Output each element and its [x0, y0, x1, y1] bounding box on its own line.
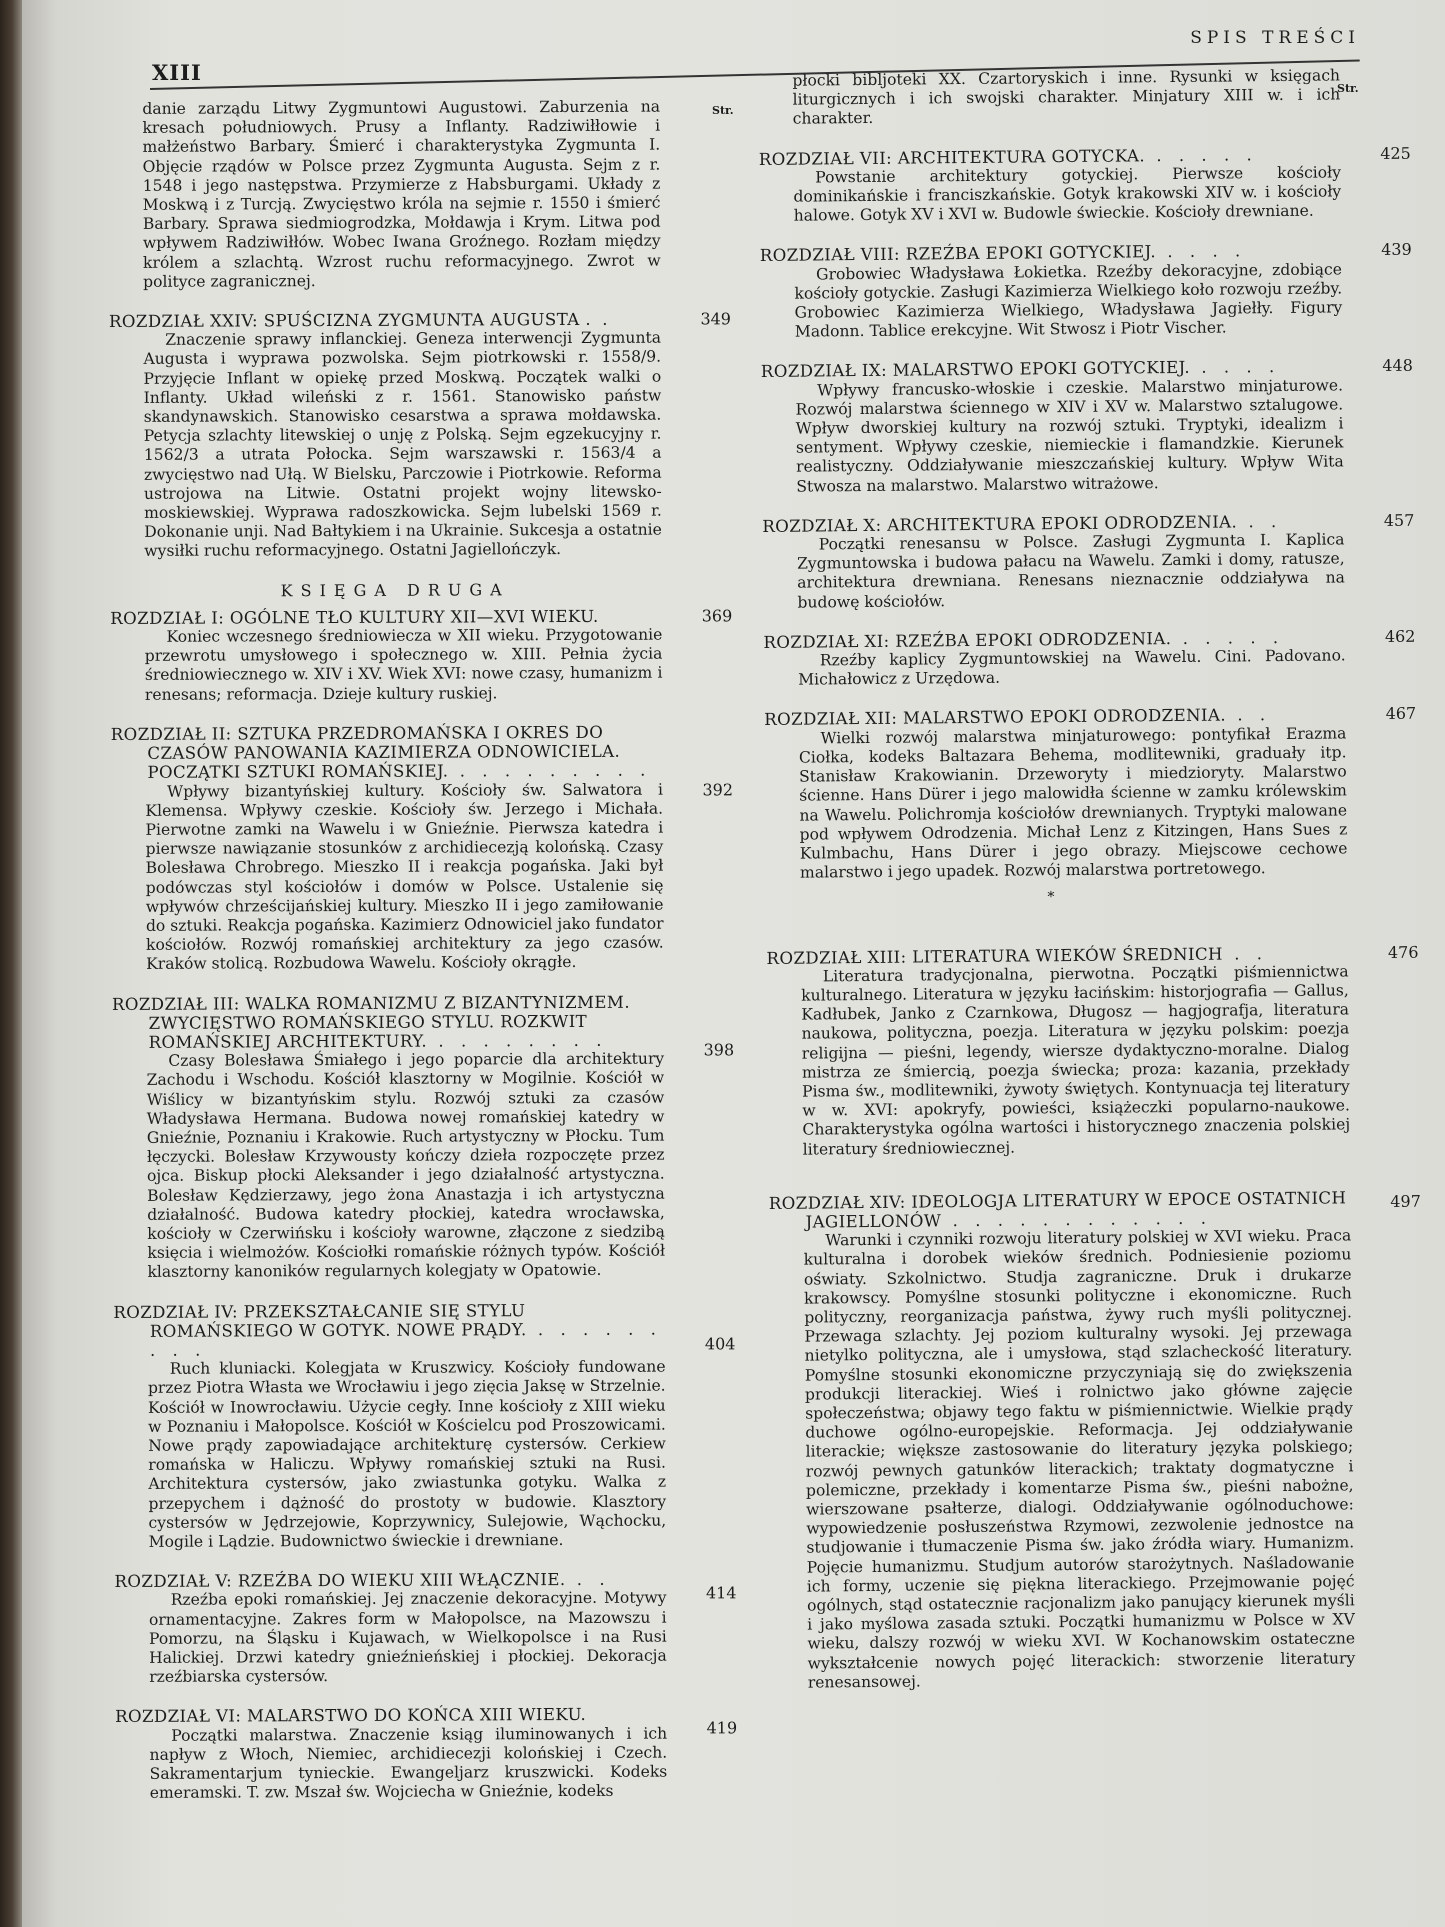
chapter-description: Początki renesansu w Polsce. Zasługi Zyg…: [762, 530, 1345, 612]
toc-entry[interactable]: ROZDZIAŁ VI: MALARSTWO DO KOŃCA XIII WIE…: [115, 1705, 745, 1804]
chapter-title: ROZDZIAŁ XXIV: SPUŚCIZNA ZYGMUNTA AUGUST…: [109, 310, 661, 332]
book-spine: [0, 0, 22, 1927]
toc-entry[interactable]: ROZDZIAŁ VII: ARCHITEKTURA GOTYCKA. . . …: [759, 143, 1420, 226]
toc-entry[interactable]: ROZDZIAŁ X: ARCHITEKTURA EPOKI ODRODZENI…: [762, 511, 1423, 613]
chapter-title: ROZDZIAŁ IV: PRZEKSZTAŁCANIE SIĘ STYLU R…: [113, 1300, 665, 1360]
chapter-page-number: 419: [707, 1719, 738, 1738]
chapter-page-number: 398: [704, 1040, 735, 1059]
chapter-page-number: 425: [1380, 143, 1411, 162]
toc-entry[interactable]: ROZDZIAŁ III: WALKA ROMANIZMU Z BIZANTYN…: [112, 992, 743, 1283]
chapter-description: Rzeźba epoki romańskiej. Jej znaczenie d…: [115, 1589, 667, 1687]
toc-entry[interactable]: ROZDZIAŁ V: RZEŹBA DO WIEKU XIII WŁĄCZNI…: [114, 1569, 744, 1687]
book-part-title: KSIĘGA DRUGA: [110, 579, 740, 601]
toc-entry[interactable]: ROZDZIAŁ IV: PRZEKSZTAŁCANIE SIĘ STYLU R…: [113, 1300, 744, 1552]
section-separator-asterisk: *: [766, 885, 1426, 911]
chapter-description: Początki malarstwa. Znaczenie ksiąg ilum…: [115, 1724, 667, 1803]
page-number-roman: XIII: [152, 60, 202, 85]
chapter-page-number: 497: [1390, 1191, 1421, 1210]
continuation-text: płocki bibljoteki XX. Czartoryskich i in…: [758, 66, 1419, 130]
chapter-page-number: 439: [1381, 240, 1412, 259]
chapter-title: ROZDZIAŁ II: SZTUKA PRZEDROMAŃSKA I OKRE…: [111, 722, 663, 782]
chapter-page-number: 448: [1382, 356, 1413, 375]
chapter-description: Wielki rozwój malarstwa minjaturowego: p…: [764, 724, 1347, 883]
chapter-description: Wpływy francusko-włoskie i czeskie. Mala…: [761, 376, 1344, 497]
gutter-shadow: [22, 0, 57, 1927]
running-title: SPIS TREŚCI: [1190, 28, 1360, 48]
chapter-description: Powstanie architektury gotyckiej. Pierws…: [759, 163, 1342, 226]
toc-entry[interactable]: ROZDZIAŁ VIII: RZEŹBA EPOKI GOTYCKIEJ. .…: [760, 240, 1421, 342]
chapter-description: Czasy Bolesława Śmiałego i jego poparcie…: [112, 1050, 665, 1283]
book-page: XIII SPIS TREŚCI Str. Str. danie zarządu…: [0, 0, 1445, 1927]
chapter-page-number: 457: [1384, 511, 1415, 530]
chapter-page-number: 414: [706, 1583, 737, 1602]
chapter-page-number: 392: [702, 780, 733, 799]
chapter-title: ROZDZIAŁ I: OGÓLNE TŁO KULTURY XII—XVI W…: [110, 606, 662, 628]
chapter-page-number: 404: [705, 1334, 736, 1353]
chapter-title: ROZDZIAŁ VI: MALARSTWO DO KOŃCA XIII WIE…: [115, 1705, 667, 1727]
toc-entry[interactable]: ROZDZIAŁ XIII: LITERATURA WIEKÓW ŚREDNIC…: [766, 942, 1428, 1160]
chapter-description: Rzeźby kaplicy Zygmuntowskiej na Wawelu.…: [764, 646, 1346, 690]
chapter-description: Grobowiec Władysława Łokietka. Rzeźby de…: [760, 260, 1343, 342]
chapter-title: ROZDZIAŁ V: RZEŹBA DO WIEKU XIII WŁĄCZNI…: [114, 1570, 666, 1592]
toc-entry[interactable]: ROZDZIAŁ II: SZTUKA PRZEDROMAŃSKA I OKRE…: [111, 722, 742, 974]
chapter-page-number: 476: [1388, 942, 1419, 961]
toc-right-column: płocki bibljoteki XX. Czartoryskich i in…: [758, 66, 1434, 1713]
toc-entry[interactable]: ROZDZIAŁ XI: RZEŹBA EPOKI ODRODZENIA. . …: [763, 627, 1424, 691]
chapter-page-number: 349: [700, 309, 731, 328]
chapter-description: Znaczenie sprawy inflanckiej. Geneza int…: [109, 329, 662, 562]
continuation-text: danie zarządu Litwy Zygmuntowi Augustowi…: [108, 97, 739, 292]
toc-left-column: danie zarządu Litwy Zygmuntowi Augustowi…: [108, 97, 746, 1823]
chapter-description: Warunki i czynniki rozwoju literatury po…: [769, 1227, 1355, 1693]
toc-entry[interactable]: ROZDZIAŁ IX: MALARSTWO EPOKI GOTYCKIEJ. …: [761, 356, 1422, 497]
chapter-title: ROZDZIAŁ XIV: IDEOLOGJA LITERATURY W EPO…: [769, 1188, 1351, 1232]
chapter-description: Ruch kluniacki. Kolegjata w Kruszwicy. K…: [113, 1358, 666, 1552]
chapter-description: Koniec wczesnego średniowiecza w XII wie…: [110, 626, 662, 705]
toc-entry[interactable]: ROZDZIAŁ I: OGÓLNE TŁO KULTURY XII—XVI W…: [110, 606, 740, 705]
chapter-description: Wpływy bizantyńskiej kultury. Kościoły ś…: [111, 780, 664, 974]
toc-entry[interactable]: ROZDZIAŁ XXIV: SPUŚCIZNA ZYGMUNTA AUGUST…: [109, 309, 740, 561]
chapter-page-number: 462: [1385, 627, 1416, 646]
chapter-page-number: 369: [702, 606, 733, 625]
chapter-description: Literatura tradycjonalna, pierwotna. Poc…: [767, 962, 1351, 1160]
chapter-page-number: 467: [1386, 704, 1417, 723]
chapter-title: ROZDZIAŁ III: WALKA ROMANIZMU Z BIZANTYN…: [112, 992, 664, 1052]
toc-entry[interactable]: ROZDZIAŁ XIV: IDEOLOGJA LITERATURY W EPO…: [769, 1187, 1434, 1693]
toc-entry[interactable]: ROZDZIAŁ XII: MALARSTWO EPOKI ODRODZENIA…: [764, 704, 1426, 883]
